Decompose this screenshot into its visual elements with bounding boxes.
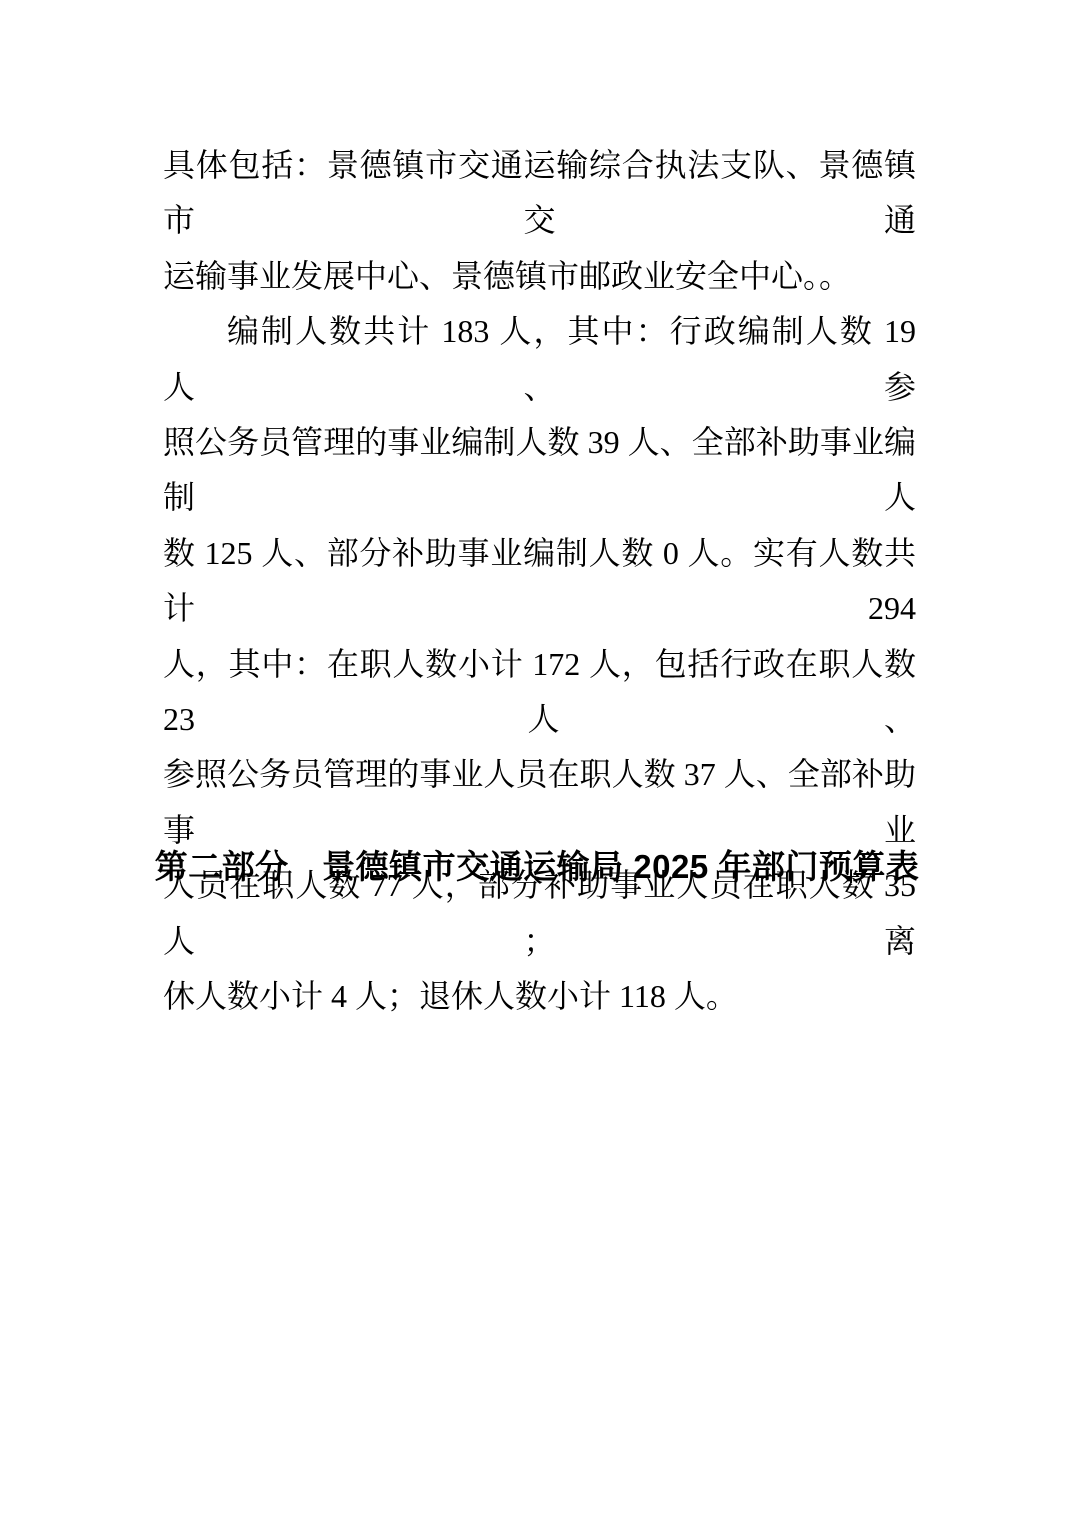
paragraph-line: 数 125 人、部分补助事业编制人数 0 人。实有人数共计 294	[163, 526, 916, 637]
document-page: 具体包括：景德镇市交通运输综合执法支队、景德镇市交通 运输事业发展中心、景德镇市…	[0, 0, 1074, 1520]
paragraph-line: 编制人数共计 183 人，其中：行政编制人数 19 人、参	[163, 304, 916, 415]
section-heading-part2: 第二部分 景德镇市交通运输局 2025 年部门预算表	[0, 845, 1074, 890]
paragraph-line: 参照公务员管理的事业人员在职人数 37 人、全部补助事业	[163, 747, 916, 858]
body-text: 具体包括：景德镇市交通运输综合执法支队、景德镇市交通 运输事业发展中心、景德镇市…	[163, 138, 916, 1025]
paragraph-line: 照公务员管理的事业编制人数 39 人、全部补助事业编制人	[163, 415, 916, 526]
paragraph-line: 人，其中：在职人数小计 172 人，包括行政在职人数 23 人、	[163, 637, 916, 748]
paragraph-line: 休人数小计 4 人；退休人数小计 118 人。	[163, 969, 916, 1024]
paragraph-line: 运输事业发展中心、景德镇市邮政业安全中心。。	[163, 249, 916, 304]
paragraph-line: 具体包括：景德镇市交通运输综合执法支队、景德镇市交通	[163, 138, 916, 249]
